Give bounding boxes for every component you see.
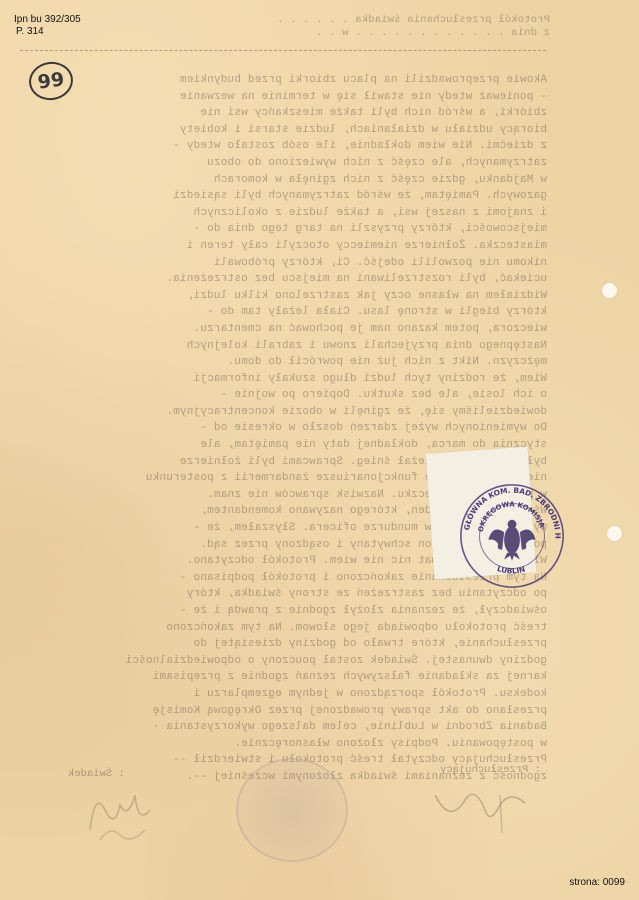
body-text-line: biorący udziału w działaniach, ludzie st… bbox=[12, 122, 547, 139]
punch-hole bbox=[607, 526, 622, 541]
body-text-line: Następnego dnia przyjechali znowu i zabr… bbox=[12, 338, 547, 355]
header-divider bbox=[20, 50, 546, 51]
body-text-line: z dziećmi. Nie wiem dokładnie, ile osób … bbox=[12, 138, 547, 155]
page-footer-label: strona: 0099 bbox=[569, 877, 625, 888]
body-text-line: - ponieważ wtedy nie stawił się w termin… bbox=[12, 89, 547, 106]
body-text-line: o ich losie, ale bez skutku. Dopiero po … bbox=[12, 387, 547, 404]
body-text-line: Widziałem na własne oczy jak zastrzelono… bbox=[12, 288, 547, 305]
archive-page: P. 314 bbox=[14, 26, 81, 38]
body-text-line: zbiórki, a wśród nich byli także mieszka… bbox=[12, 105, 547, 122]
document-header-bleedthrough: Protokół przesłuchania świadka . . . . .… bbox=[130, 14, 550, 39]
svg-text:LUBLIN: LUBLIN bbox=[496, 564, 526, 576]
header-line: Protokół przesłuchania świadka . . . . .… bbox=[130, 14, 550, 27]
body-text-line: Wiem, że rodziny tych ludzi długo szukał… bbox=[12, 371, 547, 388]
witness-signature-icon bbox=[80, 780, 160, 850]
archive-reference: Ipn bu 392/305 P. 314 bbox=[14, 14, 81, 38]
body-text-line: oświadczył, że zeznania złożył zgodnie z… bbox=[12, 603, 547, 620]
body-text-line: w Majdanku, gdzie część z nich zginęła w… bbox=[12, 172, 547, 189]
body-text-line: miasteczka. Żołnierze niemieccy otoczyli… bbox=[12, 238, 547, 255]
body-text-line: w postępowaniu. Podpisy złożono własnorę… bbox=[12, 736, 547, 753]
body-text-line: Akowie przeprowadzili na placu zbiorki p… bbox=[12, 72, 547, 89]
body-text-line: Badania Zbrodni w Lublinie, celem dalsze… bbox=[12, 719, 547, 736]
header-line: z dnia . . . . . . . . . . . . w . . bbox=[130, 27, 550, 40]
body-text-line: nikomu nie pozwolili odejść. Ci, którzy … bbox=[12, 255, 547, 272]
body-text-line: przesłuchanie, które trwało od godziny d… bbox=[12, 636, 547, 653]
body-text-line: miejscowości, którzy przyszli na targ te… bbox=[12, 221, 547, 238]
document-body-bleedthrough: Akowie przeprowadzili na placu zbiorki p… bbox=[12, 72, 547, 786]
body-text-line: mężczyzn. Nikt z nich już nie powrócił d… bbox=[12, 354, 547, 371]
body-text-line: treść protokołu odpowiada jego słowom. N… bbox=[12, 620, 547, 637]
body-text-line: karnej za składanie fałszywych zeznań zg… bbox=[12, 669, 547, 686]
interrogator-signature-icon bbox=[430, 775, 540, 835]
official-stamp: GŁÓWNA KOM. BAD. ZBRODNI HITL. W POLSCE … bbox=[453, 480, 571, 592]
archive-signature: Ipn bu 392/305 bbox=[14, 14, 81, 26]
body-text-line: kodeksu. Protokół sporządzono w jednym e… bbox=[12, 686, 547, 703]
body-text-line: wieczora, potem kazano nam je pochować n… bbox=[12, 321, 547, 338]
eagle-emblem-stamp-icon: GŁÓWNA KOM. BAD. ZBRODNI HITL. W POLSCE … bbox=[453, 480, 571, 592]
faded-stamp-impression bbox=[236, 758, 348, 862]
body-text-line: zatrzymanych, ale część z nich wywiezion… bbox=[12, 155, 547, 172]
body-text-line: Do wymienionych wyżej zdarzeń doszło w o… bbox=[12, 420, 547, 437]
body-text-line: którzy biegli w stronę lasu. Ciała leżał… bbox=[12, 304, 547, 321]
body-text-line: przesłano do akt sprawy prowadzonej prze… bbox=[12, 703, 547, 720]
body-text-line: uciekać, byli rozstrzeliwani na miejscu … bbox=[12, 271, 547, 288]
body-text-line: i znajomi z naszej wsi, a także ludzie z… bbox=[12, 205, 547, 222]
witness-signature-label: : Świadek bbox=[68, 768, 125, 780]
punch-hole bbox=[602, 283, 617, 298]
body-text-line: godziny dwunastej. Świadek został pouczo… bbox=[12, 653, 547, 670]
body-text-line: dowiedzieliśmy się, że zginęli w obozie … bbox=[12, 404, 547, 421]
body-text-line: gazowych. Pamiętam, że wśród zatrzymanyc… bbox=[12, 188, 547, 205]
